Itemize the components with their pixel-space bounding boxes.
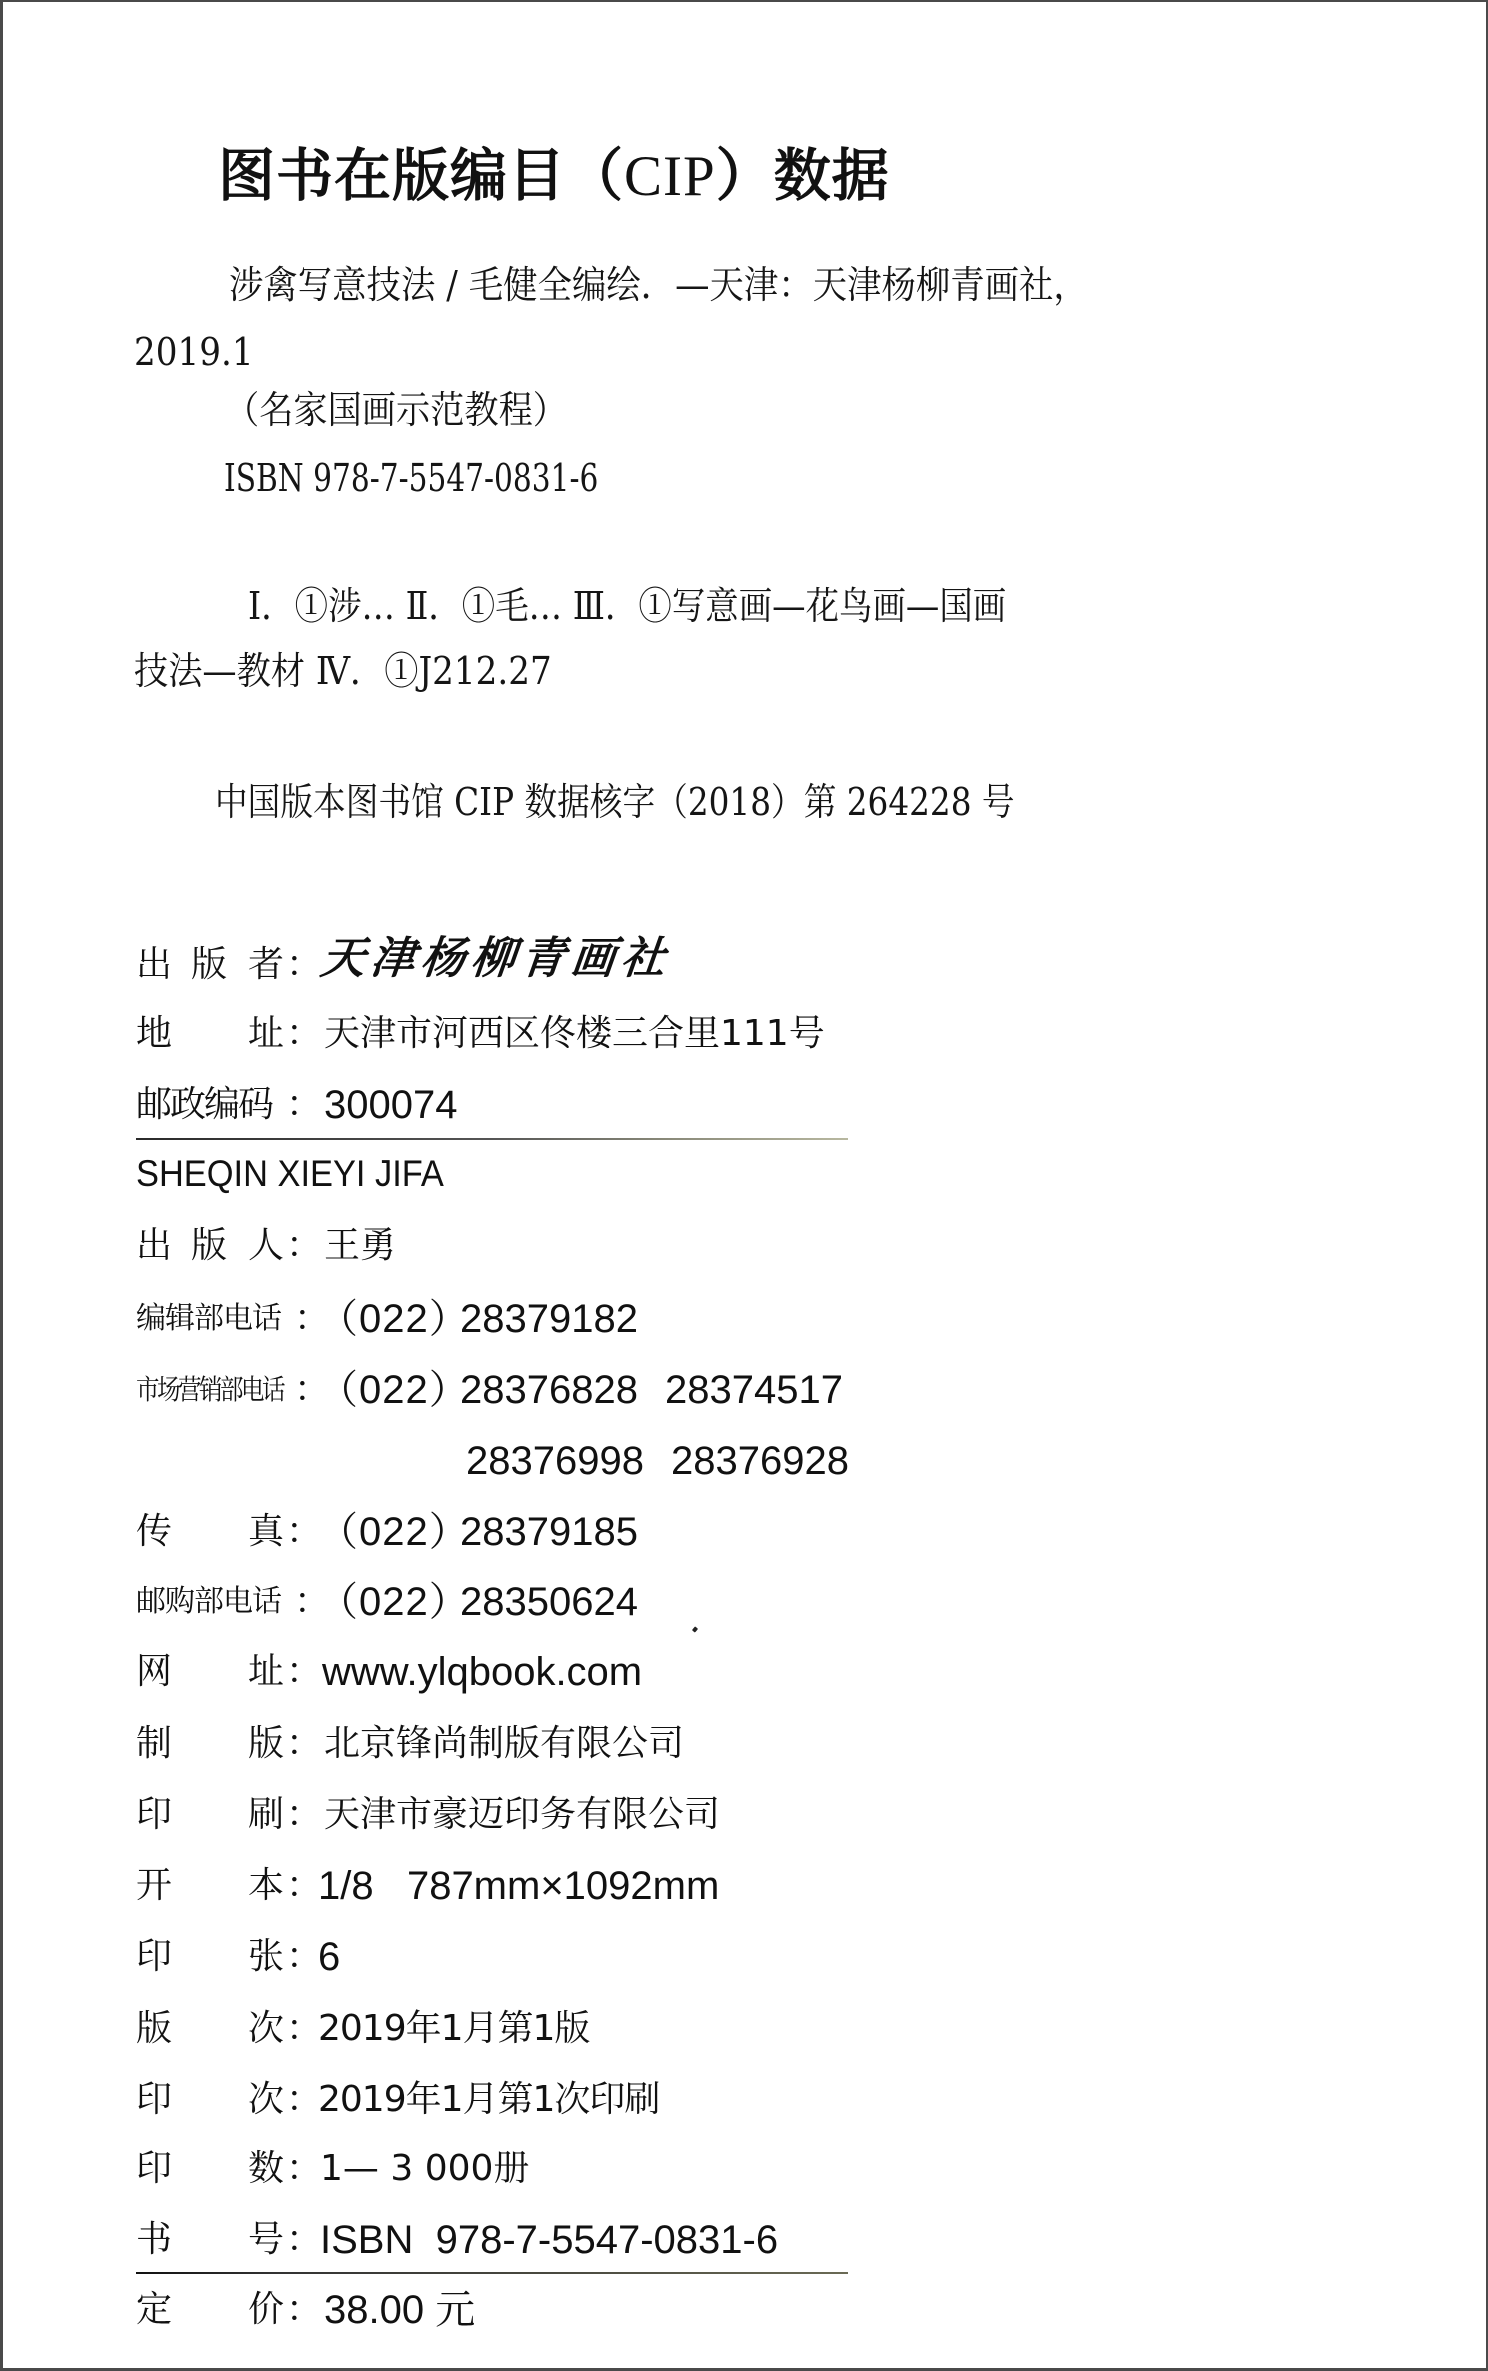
label-colon: ： — [286, 1224, 322, 1268]
copyright-page: 图书在版编目（CIP）数据 涉禽写意技法 / 毛健全编绘．—天津：天津杨柳青画社… — [0, 0, 1488, 2371]
label-char: 网 — [136, 1650, 172, 1694]
phone-number: 28376828 — [460, 1368, 638, 1412]
label-char: 印 — [136, 1793, 172, 1837]
editorial-phone-label: 编辑部电话 — [136, 1297, 281, 1341]
print-run-value: 1— 3 000册 — [320, 2147, 529, 2191]
cip-approval-number: 中国版本图书馆 CIP 数据核字（2018）第 264228 号 — [215, 780, 1015, 824]
price-value: 38.00 元 — [324, 2288, 475, 2332]
cip-isbn-line: ISBN 978-7-5547-0831-6 — [224, 456, 598, 500]
label-colon: ： — [286, 2218, 322, 2262]
area-code: （022） — [318, 1580, 470, 1624]
phone-number: 28379185 — [460, 1510, 638, 1554]
printer-value: 天津市豪迈印务有限公司 — [324, 1793, 720, 1837]
divider-rule — [136, 2272, 848, 2274]
label-char: 数 — [248, 2147, 284, 2191]
cip-heading-suffix: ）数据 — [716, 143, 890, 209]
address-value: 天津市河西区佟楼三合里111号 — [324, 1012, 825, 1056]
edition-value: 2019年1月第1版 — [318, 2007, 589, 2051]
cip-date-line: 2019.1 — [134, 330, 254, 374]
divider-rule — [136, 1138, 848, 1140]
area-code: （022） — [318, 1368, 470, 1412]
label-char: 真 — [248, 1510, 284, 1554]
label-colon: ： — [286, 1935, 322, 1979]
label-char: 开 — [136, 1864, 172, 1908]
cip-heading: 图书在版编目（CIP）数据 — [218, 130, 890, 212]
label-char: 次 — [248, 2007, 284, 2051]
label-colon: ： — [286, 2078, 322, 2122]
plate-maker-value: 北京锋尚制版有限公司 — [324, 1722, 684, 1766]
label-char: 版 — [136, 2007, 172, 2051]
label-char: 地 — [136, 1012, 172, 1056]
label-char: 次 — [248, 2078, 284, 2122]
label-char: 张 — [248, 1935, 284, 1979]
publisher-name-calligraphy: 天津杨柳青画社 — [319, 937, 674, 981]
cip-classification-line-1: Ⅰ．①涉… Ⅱ．①毛… Ⅲ．①写意画—花鸟画—国画 — [248, 584, 1006, 628]
phone-number: 28374517 — [665, 1368, 843, 1412]
label-char: 印 — [136, 2147, 172, 2191]
label-colon: ： — [286, 1793, 322, 1837]
label-colon: ： — [286, 1012, 322, 1056]
label-char: 号 — [248, 2218, 284, 2262]
label-char: 址 — [248, 1012, 284, 1056]
cip-classification-line-2: 技法—教材 Ⅳ．①J212.27 — [134, 649, 552, 693]
label-char: 印 — [136, 1935, 172, 1979]
label-char: 制 — [136, 1722, 172, 1766]
label-char: 版 — [248, 1722, 284, 1766]
label-colon: ： — [286, 2147, 322, 2191]
phone-number: 28376998 — [466, 1439, 644, 1483]
label-char: 价 — [248, 2288, 284, 2332]
label-char: 版 — [191, 1224, 227, 1268]
label-colon: ： — [286, 1650, 322, 1694]
impression-value: 2019年1月第1次印刷 — [318, 2078, 659, 2122]
label-char: 书 — [136, 2218, 172, 2262]
label-char: 传 — [136, 1510, 172, 1554]
label-colon: ： — [286, 1864, 322, 1908]
label-char: 版 — [191, 943, 227, 987]
area-code: （022） — [318, 1510, 470, 1554]
publisher-person-value: 王勇 — [324, 1224, 396, 1268]
label-colon: ： — [286, 2288, 322, 2332]
isbn-value: ISBN 978-7-5547-0831-6 — [320, 2218, 778, 2262]
label-char: 人 — [248, 1224, 284, 1268]
label-char: 本 — [248, 1864, 284, 1908]
cip-series-line: （名家国画示范教程） — [225, 388, 567, 432]
label-char: 刷 — [248, 1793, 284, 1837]
label-char: 出 — [136, 943, 172, 987]
area-code: （022） — [318, 1297, 470, 1341]
sheets-value: 6 — [318, 1935, 340, 1979]
label-colon: ： — [286, 1722, 322, 1766]
label-char: 定 — [136, 2288, 172, 2332]
format-value: 1/8 787mm×1092mm — [318, 1864, 719, 1908]
cip-heading-prefix: 图书在版编目（ — [218, 143, 624, 209]
phone-number: 28379182 — [460, 1297, 638, 1341]
postcode-value: 300074 — [324, 1083, 457, 1127]
mail-order-phone-label: 邮购部电话 — [136, 1580, 281, 1624]
label-char: 印 — [136, 2078, 172, 2122]
print-speck — [692, 1626, 698, 1632]
postcode-label: 邮政编码 — [136, 1083, 272, 1127]
phone-number: 28376928 — [671, 1439, 849, 1483]
website-link[interactable]: www.ylqbook.com — [322, 1650, 642, 1694]
phone-number: 28350624 — [460, 1580, 638, 1624]
label-colon: ： — [286, 1510, 322, 1554]
label-colon: ： — [286, 1083, 322, 1127]
cip-title-line: 涉禽写意技法 / 毛健全编绘．—天津：天津杨柳青画社， — [229, 263, 1088, 307]
cip-heading-cip: CIP — [624, 145, 716, 208]
pinyin-title: SHEQIN XIEYI JIFA — [136, 1152, 444, 1196]
label-char: 出 — [136, 1224, 172, 1268]
label-colon: ： — [286, 2007, 322, 2051]
marketing-phone-label: 市场营销部电话 — [136, 1368, 283, 1412]
label-char: 址 — [248, 1650, 284, 1694]
label-colon: ： — [286, 943, 322, 987]
label-char: 者 — [248, 943, 284, 987]
